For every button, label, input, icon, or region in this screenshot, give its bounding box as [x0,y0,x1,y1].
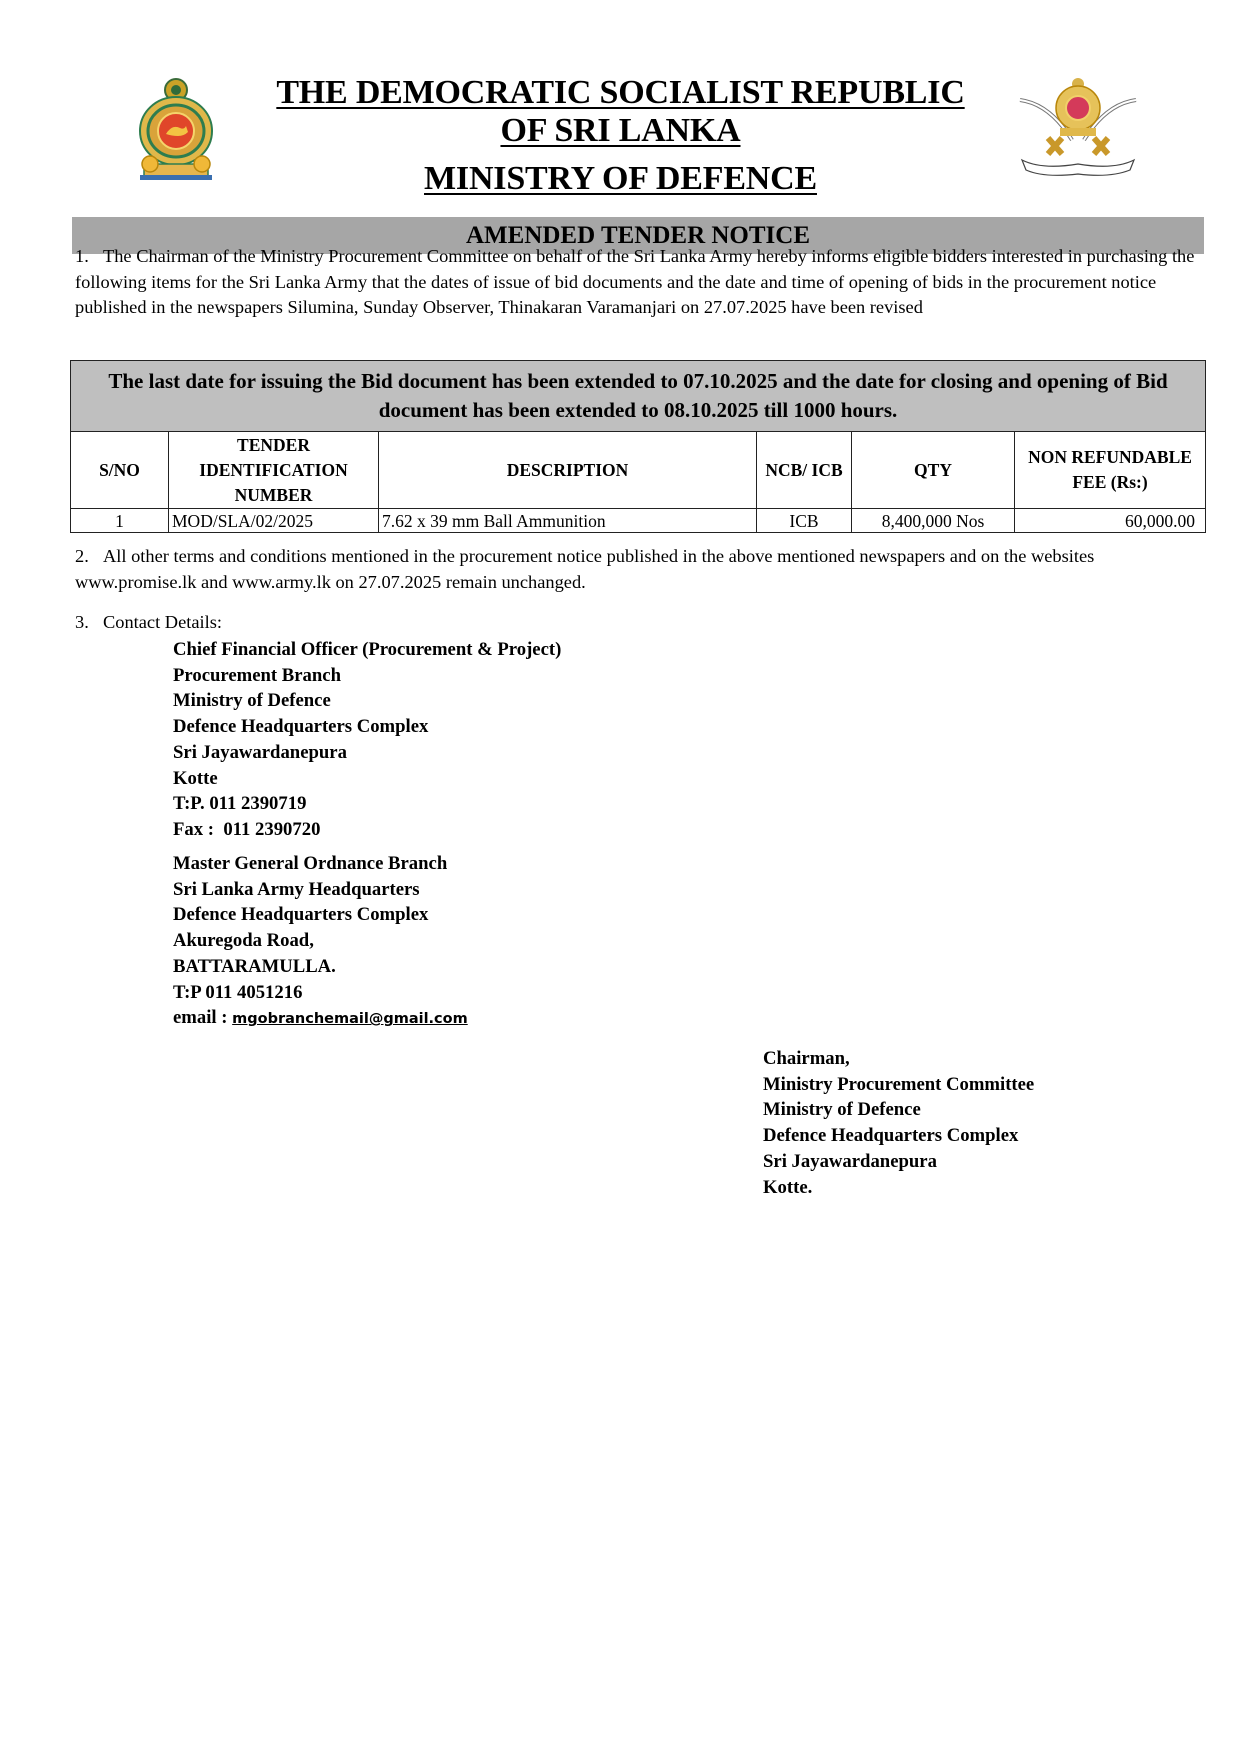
paragraph-1-number: 1. [75,244,103,270]
paragraph-3-number: 3. [75,610,103,636]
contact2-line: Sri Lanka Army Headquarters [173,877,468,903]
paragraph-3: 3.Contact Details: [75,610,1210,636]
signature-line: Ministry Procurement Committee [763,1072,1034,1098]
contact2-phone: T:P 011 4051216 [173,980,468,1006]
signature-line: Defence Headquarters Complex [763,1123,1034,1149]
signature-block: Chairman, Ministry Procurement Committee… [763,1046,1034,1200]
contact2-email-row: email : mgobranchemail@gmail.com [173,1005,468,1033]
signature-line: Sri Jayawardanepura [763,1149,1034,1175]
signature-line: Chairman, [763,1046,1034,1072]
cell-qty: 8,400,000 Nos [852,509,1015,533]
contact1-line: Procurement Branch [173,663,561,689]
header-sno: S/NO [71,432,169,509]
table-row: 1 MOD/SLA/02/2025 7.62 x 39 mm Ball Ammu… [71,509,1206,533]
header-qty: QTY [852,432,1015,509]
contact-details-label: Contact Details: [103,612,222,632]
contact-block-procurement: Chief Financial Officer (Procurement & P… [173,637,561,843]
contact1-fax: Fax : 011 2390720 [173,817,561,843]
signature-line: Ministry of Defence [763,1097,1034,1123]
header-tender-id: TENDER IDENTIFICATION NUMBER [169,432,379,509]
contact1-line: Chief Financial Officer (Procurement & P… [173,637,561,663]
ministry-title: MINISTRY OF DEFENCE [0,160,1241,198]
country-title-line1: THE DEMOCRATIC SOCIALIST REPUBLIC [0,74,1241,112]
cell-tender-id: MOD/SLA/02/2025 [169,509,379,533]
email-label: email : [173,1007,227,1028]
paragraph-2-text: All other terms and conditions mentioned… [75,546,1094,592]
contact-block-mgo: Master General Ordnance Branch Sri Lanka… [173,851,468,1033]
contact1-line: Sri Jayawardanepura [173,740,561,766]
header-ncb-icb: NCB/ ICB [757,432,852,509]
paragraph-1-text: The Chairman of the Ministry Procurement… [75,246,1194,317]
cell-sno: 1 [71,509,169,533]
paragraph-2-number: 2. [75,544,103,570]
signature-line: Kotte. [763,1175,1034,1201]
paragraph-1: 1.The Chairman of the Ministry Procureme… [75,244,1210,321]
contact2-line: BATTARAMULLA. [173,954,468,980]
cell-ncb-icb: ICB [757,509,852,533]
contact2-line: Akuregoda Road, [173,928,468,954]
contact2-line: Master General Ordnance Branch [173,851,468,877]
header-description: DESCRIPTION [379,432,757,509]
paragraph-2: 2.All other terms and conditions mention… [75,544,1210,595]
contact2-line: Defence Headquarters Complex [173,902,468,928]
email-link[interactable]: mgobranchemail@gmail.com [232,1011,468,1027]
cell-description: 7.62 x 39 mm Ball Ammunition [379,509,757,533]
tender-table: The last date for issuing the Bid docume… [70,360,1206,533]
contact1-line: Defence Headquarters Complex [173,714,561,740]
cell-fee: 60,000.00 [1015,509,1206,533]
contact1-line: Kotte [173,766,561,792]
contact1-phone: T:P. 011 2390719 [173,791,561,817]
header-fee: NON REFUNDABLE FEE (Rs:) [1015,432,1206,509]
extension-notice: The last date for issuing the Bid docume… [71,361,1206,432]
country-title-line2: OF SRI LANKA [0,112,1241,150]
contact1-line: Ministry of Defence [173,688,561,714]
table-header-row: S/NO TENDER IDENTIFICATION NUMBER DESCRI… [71,432,1206,509]
